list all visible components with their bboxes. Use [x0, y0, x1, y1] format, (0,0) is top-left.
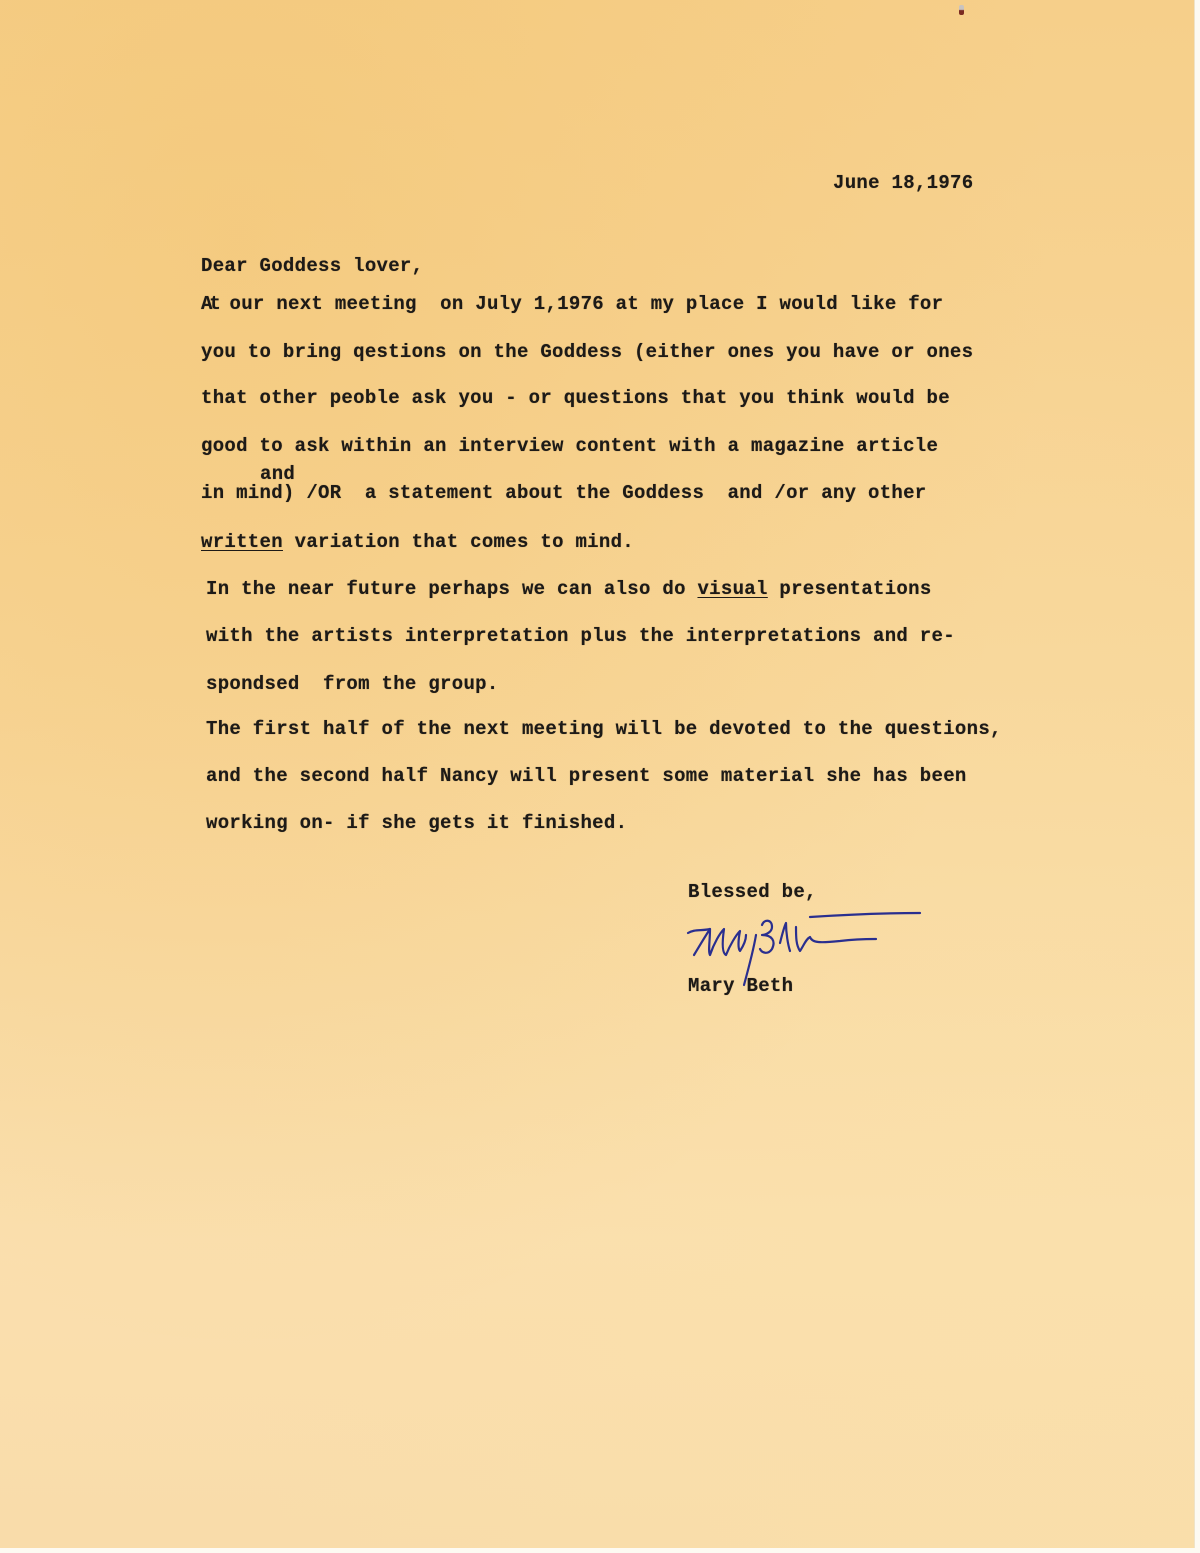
body-line-2: you to bring qestions on the Goddess (ei…	[201, 341, 973, 363]
overtyped-word: At	[201, 293, 218, 315]
closing: Blessed be,	[688, 881, 817, 903]
underlined-word: visual	[697, 578, 767, 600]
body-line-8: with the artists interpretation plus the…	[206, 625, 955, 647]
body-line-10: The first half of the next meeting will …	[206, 718, 1002, 740]
body-line-6: written variation that comes to mind.	[201, 531, 634, 553]
body-line-3: that other peoble ask you - or questions…	[201, 387, 950, 409]
salutation: Dear Goddess lover,	[201, 255, 423, 277]
body-line-9: spondsed from the group.	[206, 673, 499, 695]
letter-date: June 18,1976	[833, 172, 973, 194]
underlined-word: written	[201, 531, 283, 553]
staple-mark	[959, 5, 964, 15]
body-line-11: and the second half Nancy will present s…	[206, 765, 967, 787]
body-line-12: working on- if she gets it finished.	[206, 812, 627, 834]
body-line-5: in mind) /OR a statement about the Godde…	[201, 482, 927, 504]
body-line-4: good to ask within an interview content …	[201, 435, 938, 457]
signer-name: Mary Beth	[688, 975, 793, 997]
body-line-7: In the near future perhaps we can also d…	[206, 578, 932, 600]
body-line-1: At our next meeting on July 1,1976 at my…	[201, 293, 943, 315]
